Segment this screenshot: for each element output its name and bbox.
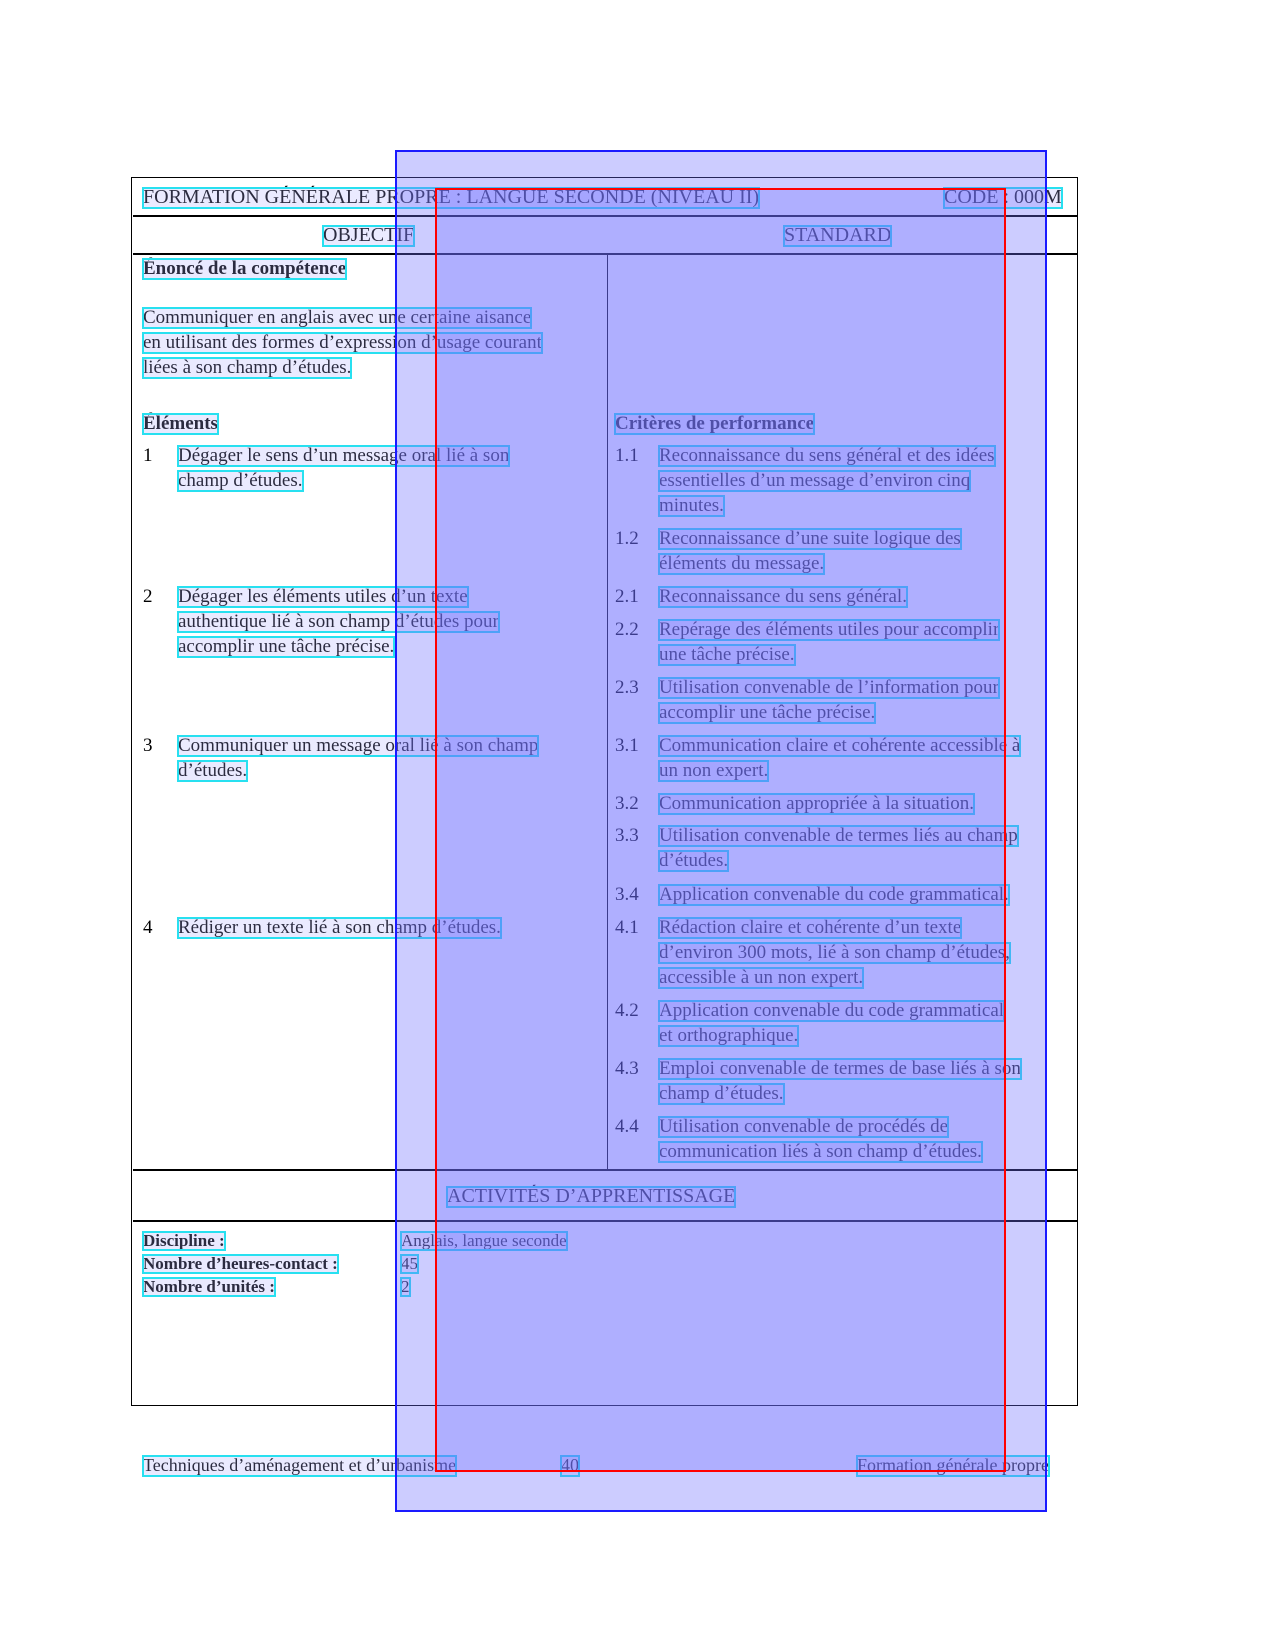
critere-text-line: Utilisation convenable de termes liés au… [659, 823, 1018, 848]
critere-text-line: Communication appropriée à la situation. [659, 791, 974, 816]
header-title: FORMATION GÉNÉRALE PROPRE : LANGUE SECON… [143, 185, 759, 210]
element-text-line: Dégager le sens d’un message oral lié à … [178, 443, 509, 468]
critere-text-line: et orthographique. [659, 1023, 798, 1048]
heures-contact-value: 45 [401, 1252, 418, 1275]
element-text-line: accomplir une tâche précise. [178, 634, 394, 659]
unites-label: Nombre d’unités : [143, 1275, 275, 1298]
critere-number: 3.4 [615, 882, 639, 907]
criteres-heading: Critères de performance [615, 411, 814, 436]
competence-line: liées à son champ d’études. [143, 355, 351, 380]
critere-text-line: Emploi convenable de termes de base liés… [659, 1056, 1021, 1081]
header-divider [133, 215, 1078, 217]
activites-divider-bottom [133, 1220, 1078, 1222]
critere-number: 4.4 [615, 1114, 639, 1139]
critere-text-line: minutes. [659, 493, 724, 518]
column-heading-standard: STANDARD [784, 223, 891, 248]
competence-line: en utilisant des formes d’expression d’u… [143, 330, 542, 355]
critere-text-line: accomplir une tâche précise. [659, 700, 875, 725]
critere-number: 3.3 [615, 823, 639, 848]
critere-text-line: Utilisation convenable de procédés de [659, 1114, 948, 1139]
critere-text-line: essentielles d’un message d’environ cinq [659, 468, 970, 493]
footer-section: Formation générale propre [857, 1453, 1049, 1478]
element-text-line: Rédiger un texte lié à son champ d’étude… [178, 915, 501, 940]
critere-text-line: communication liés à son champ d’études. [659, 1139, 982, 1164]
critere-text-line: accessible à un non expert. [659, 965, 863, 990]
critere-text-line: Application convenable du code grammatic… [659, 882, 1009, 907]
unites-value: 2 [401, 1275, 410, 1298]
element-text-line: champ d’études. [178, 468, 303, 493]
column-heading-divider [133, 253, 1078, 255]
header-code: CODE : 000M [944, 185, 1062, 210]
footer-page-number: 40 [561, 1453, 579, 1478]
critere-text-line: une tâche précise. [659, 642, 795, 667]
critere-number: 1.1 [615, 443, 639, 468]
footer-program: Techniques d’aménagement et d’urbanisme [143, 1453, 456, 1478]
discipline-value: Anglais, langue seconde [401, 1229, 567, 1252]
critere-number: 3.2 [615, 791, 639, 816]
critere-number: 2.2 [615, 617, 639, 642]
element-text-line: d’études. [178, 758, 247, 783]
element-number: 4 [143, 915, 153, 940]
element-number: 2 [143, 584, 153, 609]
element-text-line: authentique lié à son champ d’études pou… [178, 609, 499, 634]
critere-number: 2.1 [615, 584, 639, 609]
critere-text-line: Rédaction claire et cohérente d’un texte [659, 915, 961, 940]
critere-number: 1.2 [615, 526, 639, 551]
critere-text-line: Reconnaissance du sens général et des id… [659, 443, 995, 468]
competence-line: Communiquer en anglais avec une certaine… [143, 305, 531, 330]
column-divider [607, 254, 608, 1170]
competence-heading: Énoncé de la compétence [143, 256, 346, 281]
critere-number: 4.1 [615, 915, 639, 940]
critere-number: 3.1 [615, 733, 639, 758]
element-number: 1 [143, 443, 153, 468]
critere-text-line: éléments du message. [659, 551, 824, 576]
critere-text-line: Reconnaissance d’une suite logique des [659, 526, 961, 551]
critere-text-line: d’environ 300 mots, lié à son champ d’ét… [659, 940, 1010, 965]
critere-text-line: Reconnaissance du sens général. [659, 584, 907, 609]
critere-number: 4.2 [615, 998, 639, 1023]
heures-contact-label: Nombre d’heures-contact : [143, 1252, 338, 1275]
critere-text-line: Repérage des éléments utiles pour accomp… [659, 617, 999, 642]
activites-heading: ACTIVITÉS D’APPRENTISSAGE [447, 1184, 735, 1209]
critere-number: 2.3 [615, 675, 639, 700]
discipline-label: Discipline : [143, 1229, 225, 1252]
element-text-line: Communiquer un message oral lié à son ch… [178, 733, 538, 758]
critere-text-line: un non expert. [659, 758, 768, 783]
activites-divider-top [133, 1169, 1078, 1171]
element-number: 3 [143, 733, 153, 758]
column-heading-objectif: OBJECTIF [323, 223, 414, 248]
elements-heading: Éléments [143, 411, 218, 436]
element-text-line: Dégager les éléments utiles d’un texte [178, 584, 468, 609]
critere-text-line: Utilisation convenable de l’information … [659, 675, 999, 700]
critere-text-line: champ d’études. [659, 1081, 784, 1106]
critere-text-line: Communication claire et cohérente access… [659, 733, 1020, 758]
critere-number: 4.3 [615, 1056, 639, 1081]
critere-text-line: Application convenable du code grammatic… [659, 998, 1004, 1023]
critere-text-line: d’études. [659, 848, 728, 873]
